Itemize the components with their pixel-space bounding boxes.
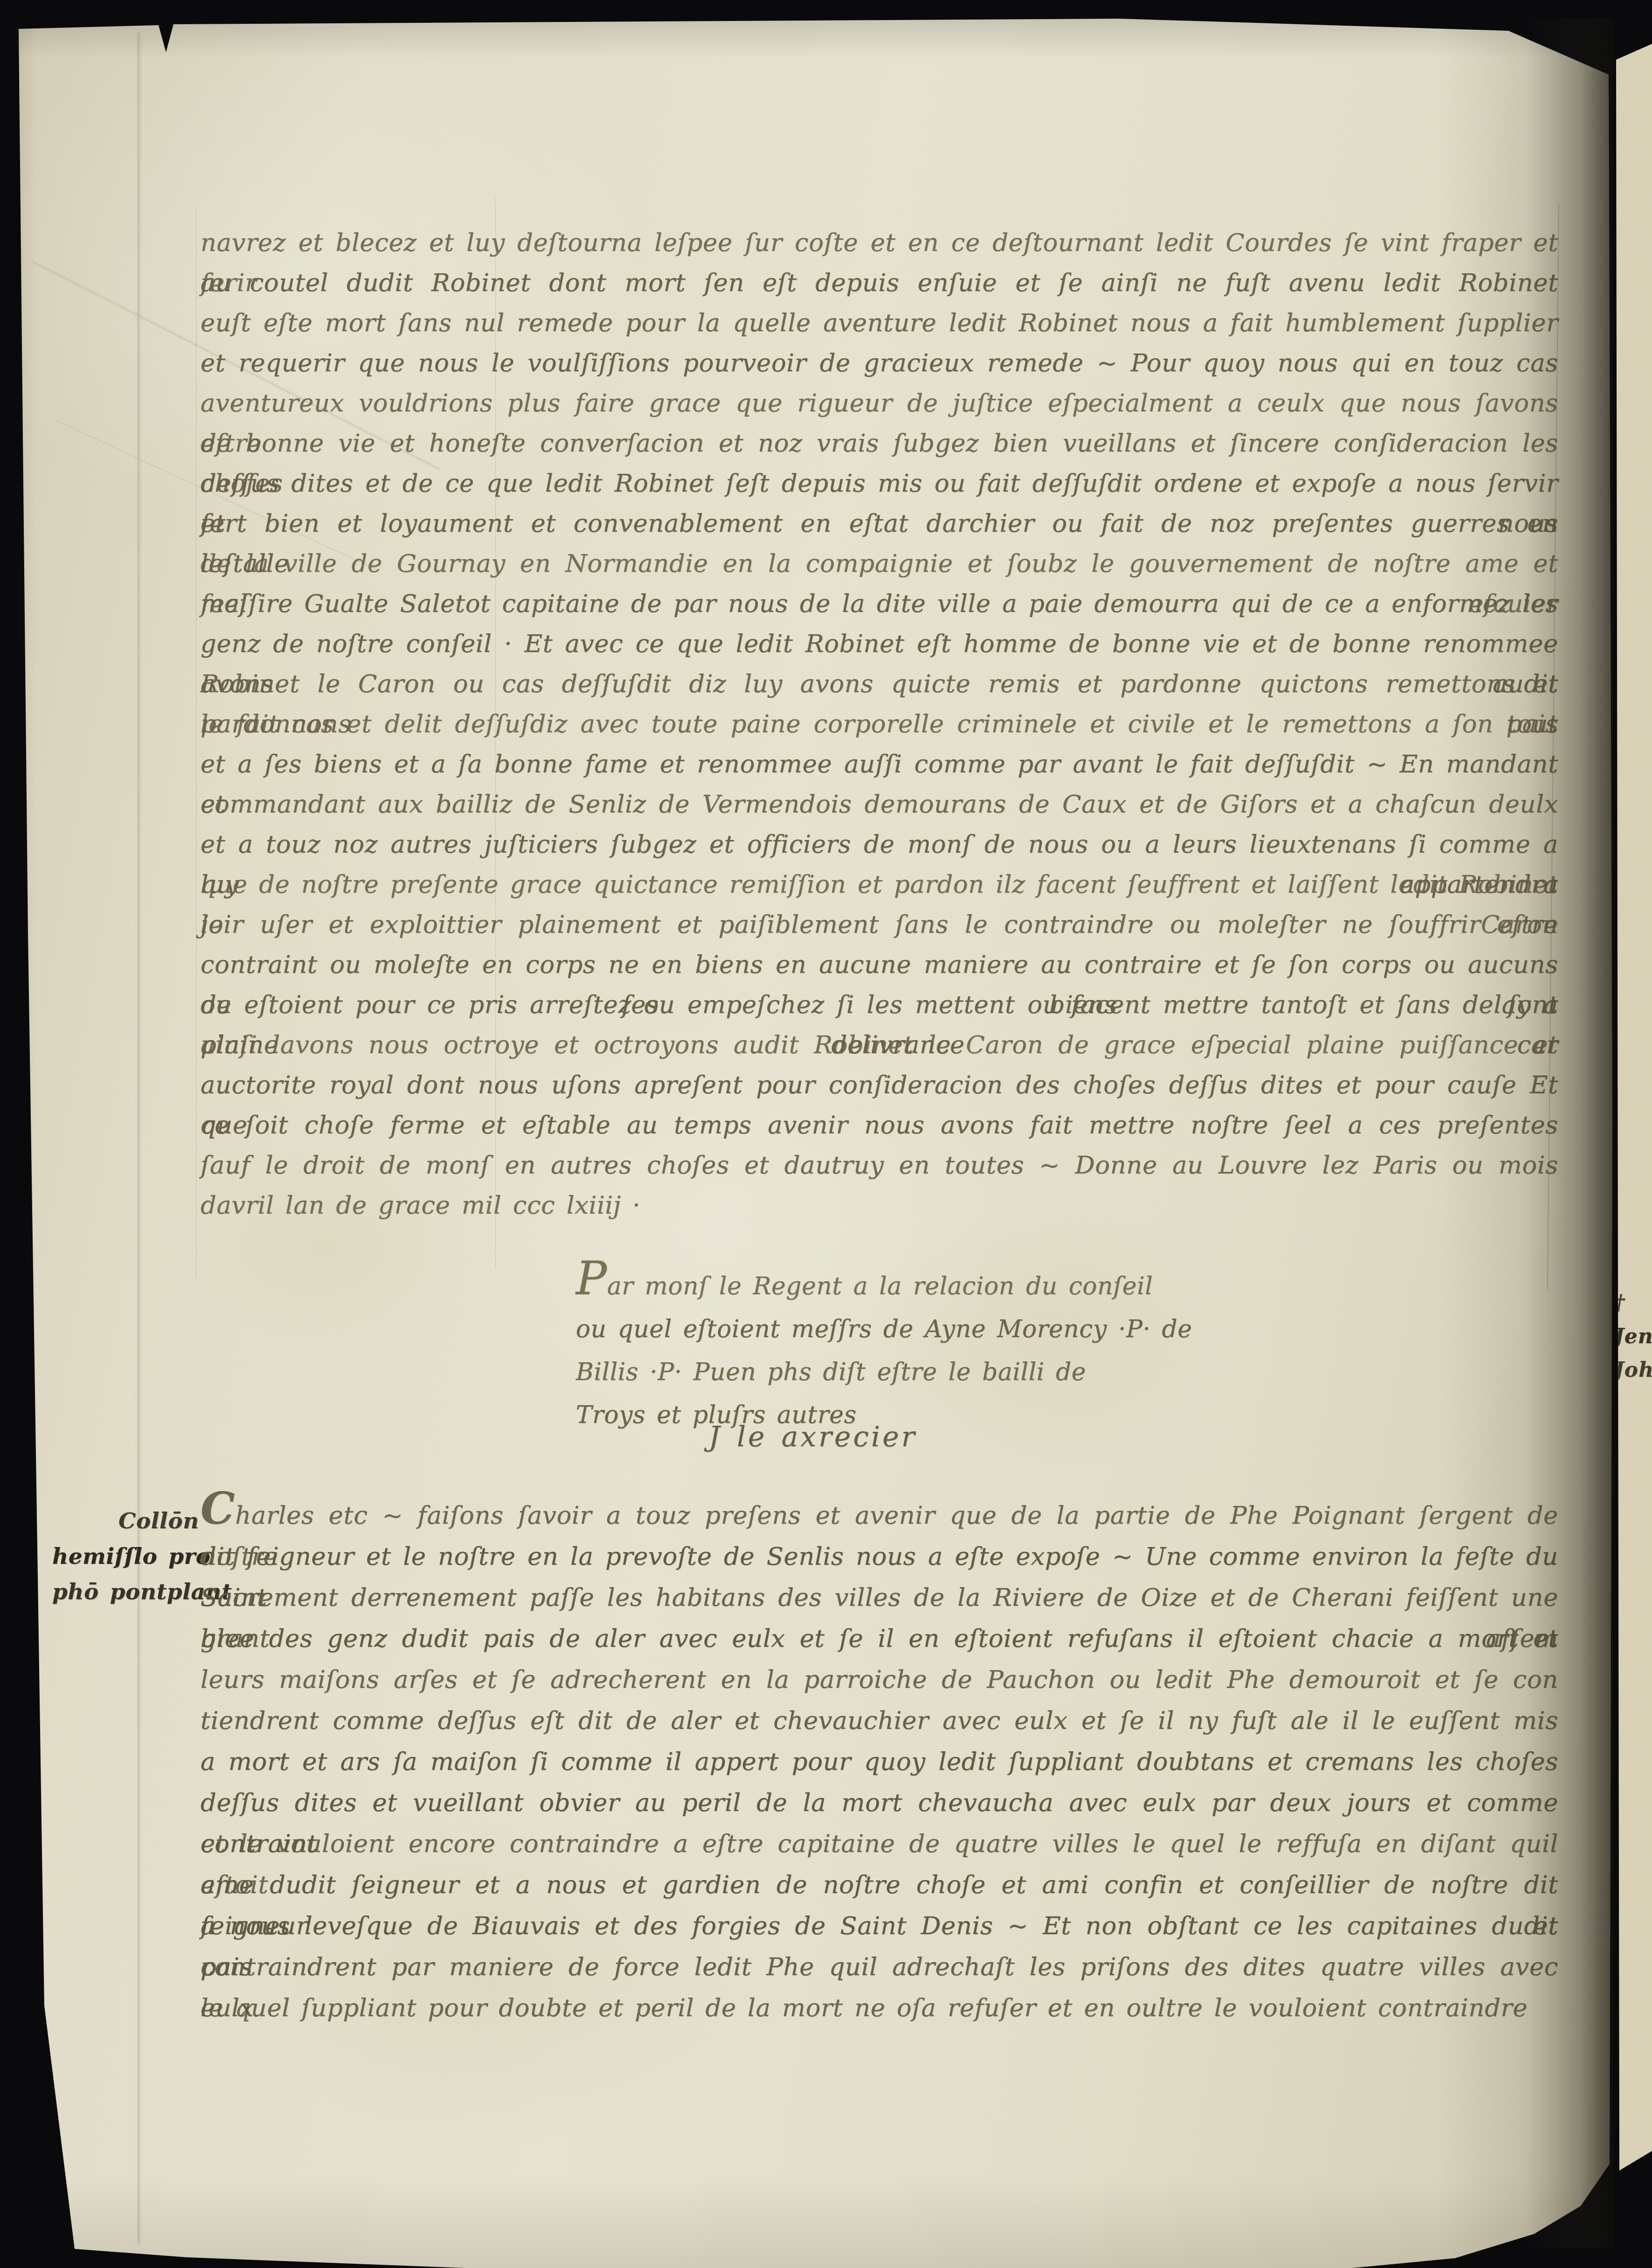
facing-folio-margin-note: †JennJohe	[1614, 1286, 1652, 1387]
manuscript-line: commandant aux bailliz de Senliz de Verm…	[200, 784, 1558, 825]
ruling-line	[196, 210, 197, 1278]
crease-line	[138, 33, 139, 2243]
manuscript-line: Robinet le Caron ou cas deſſuſdit diz lu…	[200, 664, 1558, 704]
chancery-subscription: Par monſ le Regent a la relacion du conſ…	[576, 1265, 1359, 1436]
manuscript-line: leurs maiſons arſes et ſe adrecherent en…	[200, 1659, 1558, 1700]
manuscript-line: ainſi lavons nous octroye et octroyons a…	[200, 1025, 1558, 1065]
manuscript-line: contraint ou moleſte en corps ne en bien…	[200, 945, 1558, 985]
manuscript-line: Sacrement derrenement paſſe les habitans…	[200, 1577, 1558, 1618]
manuscript-line: et le vouloient encore contraindre a eſt…	[200, 1824, 1558, 1865]
manuscript-line: ame dudit ſeigneur et a nous et gardien …	[200, 1865, 1558, 1906]
archive-photo-background: navrez et blecez et luy deſtourna leſpee…	[0, 0, 1652, 2268]
manuscript-line: ſert bien et loyaument et convenablement…	[200, 504, 1558, 544]
manuscript-line: contraindrent par maniere de force ledit…	[200, 1947, 1558, 1988]
manuscript-line: de la ville de Gournay en Normandie en l…	[200, 544, 1558, 584]
manuscript-line: le fait cas et delit deſſuſdiz avec tout…	[200, 704, 1558, 744]
manuscript-line: deſſus dites et de ce que ledit Robinet …	[200, 464, 1558, 504]
manuscript-line: navrez et blecez et luy deſtourna leſpee…	[200, 223, 1558, 263]
remission-act-text: navrez et blecez et luy deſtourna leſpee…	[200, 223, 1558, 1226]
manuscript-line: auctorite royal dont nous uſons apreſent…	[200, 1065, 1558, 1105]
manuscript-line: Charles etc ~ faiſons ſavoir a touz preſ…	[200, 1495, 1558, 1536]
manuscript-line: ſauf le droit de monſ en autres choſes e…	[200, 1145, 1558, 1186]
manuscript-line: ou eſtoient pour ce pris arreſtez ou emp…	[200, 985, 1558, 1025]
manuscript-line: deſſus dites et vueillant obvier au peri…	[200, 1782, 1558, 1824]
manuscript-line: Billis ·P· Puen phs diſt eſtre le bailli…	[576, 1351, 1359, 1394]
manuscript-line: Jenn	[1614, 1320, 1652, 1353]
manuscript-line: a mort et ars ſa maiſon ſi comme il appe…	[200, 1741, 1558, 1782]
manuscript-line: aventureux vouldrions plus faire grace q…	[200, 383, 1558, 423]
manuscript-line: que de noſtre preſente grace quictance r…	[200, 865, 1558, 905]
manuscript-line: a nous leveſque de Biauvais et des forgi…	[200, 1906, 1558, 1947]
manuscript-line: au coutel dudit Robinet dont mort ſen eſ…	[200, 263, 1558, 303]
parchment-page: navrez et blecez et luy deſtourna leſpee…	[0, 0, 1652, 2268]
manuscript-line: et a touz noz autres juſticiers ſubgez e…	[200, 825, 1558, 865]
registrar-signature: J le axrecier	[709, 1421, 1222, 1453]
manuscript-line: Par monſ le Regent a la relacion du conſ…	[576, 1265, 1359, 1308]
manuscript-line: tiendrent comme deſſus eſt dit de aler e…	[200, 1700, 1558, 1741]
manuscript-line: le quel ſuppliant pour doubte et peril d…	[200, 1988, 1558, 2029]
manuscript-line: †	[1614, 1286, 1652, 1320]
second-act-text: Charles etc ~ faiſons ſavoir a touz preſ…	[200, 1495, 1558, 2029]
manuscript-line: euſt eſte mort ſans nul remede pour la q…	[200, 303, 1558, 343]
manuscript-line: ce ſoit choſe ferme et eſtable au temps …	[200, 1105, 1558, 1145]
manuscript-line: de bonne vie et honeſte converſacion et …	[200, 423, 1558, 464]
manuscript-line: Johe	[1614, 1353, 1652, 1387]
manuscript-line: genz de noſtre conſeil · Et avec ce que …	[200, 624, 1558, 664]
manuscript-line: ou quel eſtoient meſſrs de Ayne Morency …	[576, 1308, 1359, 1351]
manuscript-line: et requerir que nous le voulſiſſions pou…	[200, 343, 1558, 383]
manuscript-line: davril lan de grace mil ccc lxiiij ·	[200, 1186, 1558, 1226]
manuscript-line: joir uſer et exploittier plainement et p…	[200, 905, 1558, 945]
manuscript-line: dit ſeigneur et le noſtre en la prevoſte…	[200, 1536, 1558, 1577]
manuscript-line: et a ſes biens et a ſa bonne fame et ren…	[200, 744, 1558, 784]
